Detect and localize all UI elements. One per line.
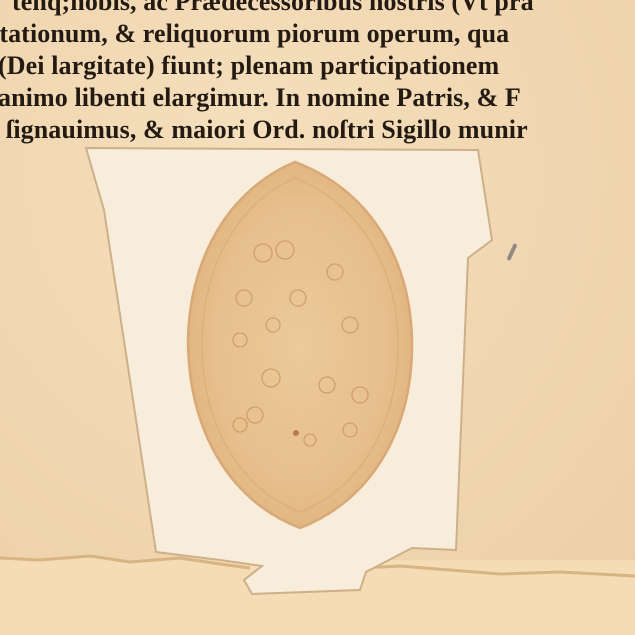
seal <box>0 0 635 635</box>
